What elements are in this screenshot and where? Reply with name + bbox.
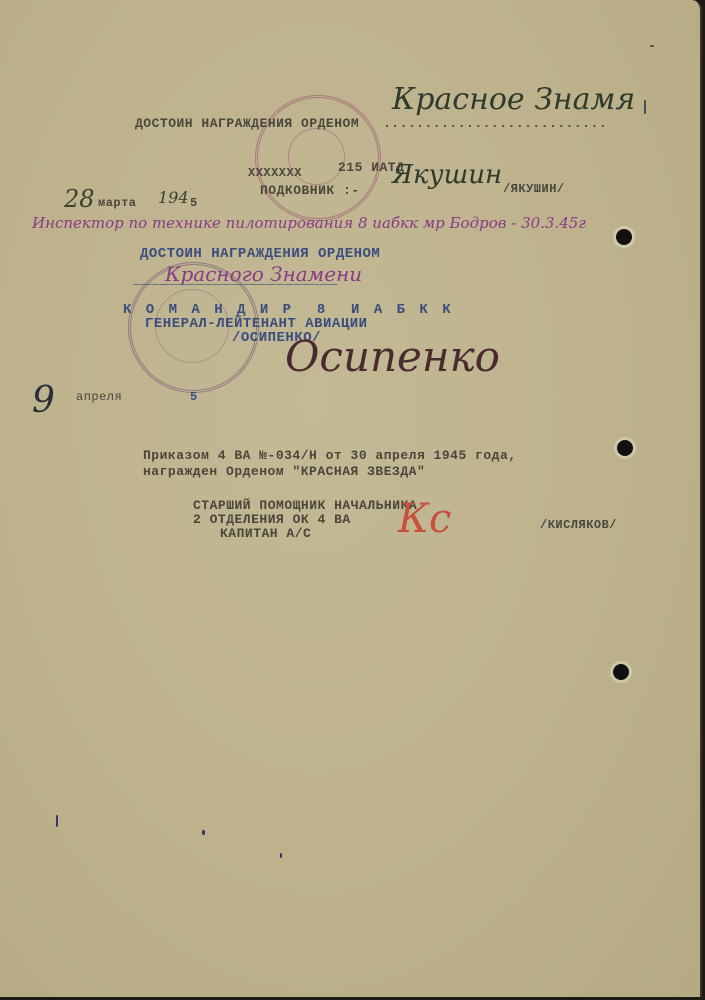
punch-hole-2: [617, 440, 633, 456]
ink-speck: [650, 45, 654, 47]
crossed-text: XXXXXXX: [248, 166, 302, 180]
date-year-typed: 5: [190, 196, 198, 210]
signature-yakushin: Якушин: [392, 160, 502, 190]
order-line-2: награжден Орденом "КРАСНАЯ ЗВЕЗДА": [143, 464, 425, 479]
punch-hole-1: [616, 229, 632, 245]
date-month: марта: [98, 196, 137, 210]
signer-line-3: КАПИТАН А/С: [220, 526, 311, 541]
ink-speck: [644, 100, 646, 114]
division-stamp: [255, 95, 381, 221]
ink-speck: [280, 853, 282, 858]
date-day-hand: 28: [64, 185, 95, 213]
commander-date-month: апреля: [76, 390, 122, 404]
document-page: ДОСТОИН НАГРАЖДЕНИЯ ОРДЕНОМ ............…: [0, 0, 702, 997]
worthy-label-commander: ДОСТОИН НАГРАЖДЕНИЯ ОРДЕНОМ: [140, 246, 380, 262]
handwritten-order-top: Красное Знамя: [392, 82, 635, 117]
underline-commander: _______________________: [133, 272, 338, 288]
rank-label: ПОДКОВНИК :-: [260, 183, 360, 198]
signer-line-2: 2 ОТДЕЛЕНИЯ ОК 4 ВА: [193, 512, 351, 527]
commander-date-year: 5: [190, 390, 198, 404]
signature-kislyakov: Кс: [398, 496, 451, 542]
date-year-hand: 194: [158, 188, 189, 207]
signature-osipenko: Осипенко: [285, 332, 500, 381]
position-handwritten: Инспектор по технике пилотирования 8 иаб…: [32, 214, 586, 232]
dots-line: ...........................: [383, 116, 607, 131]
signer-line-1: СТАРШИЙ ПОМОЩНИК НАЧАЛЬНИКА: [193, 498, 417, 513]
ink-speck: [202, 830, 205, 835]
name-yakushin: /ЯКУШИН/: [503, 182, 565, 196]
ink-speck: [56, 815, 58, 827]
commander-date-day: 9: [32, 380, 55, 421]
name-kislyakov: /КИСЛЯКОВ/: [540, 518, 617, 532]
order-line-1: Приказом 4 ВА №-034/Н от 30 апреля 1945 …: [143, 448, 517, 463]
worthy-label-top: ДОСТОИН НАГРАЖДЕНИЯ ОРДЕНОМ: [135, 116, 359, 131]
punch-hole-3: [613, 664, 629, 680]
